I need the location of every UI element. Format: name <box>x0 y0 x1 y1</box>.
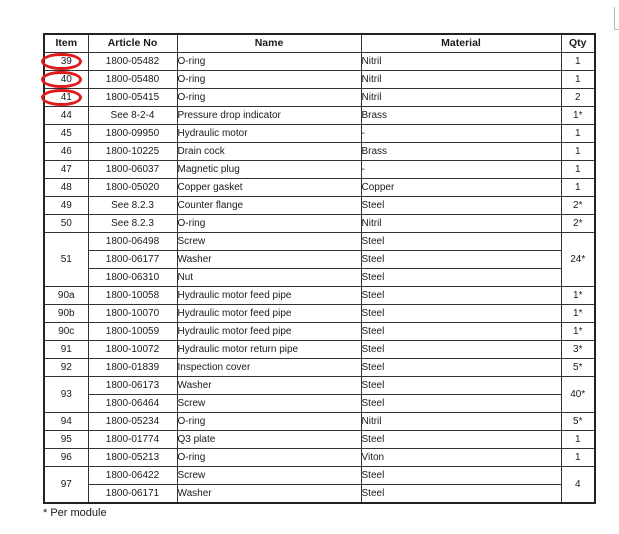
parts-table-body: 391800-05482O-ringNitril1401800-05480O-r… <box>44 53 595 504</box>
part-name: Copper gasket <box>177 179 361 197</box>
table-row: 511800-06498ScrewSteel24* <box>44 233 595 251</box>
quantity: 1* <box>561 287 595 305</box>
item-number: 91 <box>44 341 88 359</box>
item-number: 40 <box>44 71 88 89</box>
quantity: 1* <box>561 323 595 341</box>
item-number: 44 <box>44 107 88 125</box>
material: Nitril <box>361 215 561 233</box>
item-number-text: 48 <box>61 182 72 193</box>
table-row: 951800-01774Q3 plateSteel1 <box>44 431 595 449</box>
material: Steel <box>361 269 561 287</box>
table-row: 1800-06177WasherSteel <box>44 251 595 269</box>
quantity: 1* <box>561 305 595 323</box>
table-row: 961800-05213O-ringViton1 <box>44 449 595 467</box>
part-name: Hydraulic motor feed pipe <box>177 323 361 341</box>
article-no: 1800-06037 <box>88 161 177 179</box>
quantity: 1 <box>561 53 595 71</box>
material: Steel <box>361 377 561 395</box>
quantity: 5* <box>561 359 595 377</box>
item-number: 94 <box>44 413 88 431</box>
item-number: 51 <box>44 233 88 287</box>
table-header-row: Item Article No Name Material Qty <box>44 34 595 53</box>
table-row: 461800-10225Drain cockBrass1 <box>44 143 595 161</box>
part-name: O-ring <box>177 215 361 233</box>
table-row: 90b1800-10070Hydraulic motor feed pipeSt… <box>44 305 595 323</box>
item-number: 90b <box>44 305 88 323</box>
table-row: 90c1800-10059Hydraulic motor feed pipeSt… <box>44 323 595 341</box>
part-name: O-ring <box>177 449 361 467</box>
article-no: 1800-10059 <box>88 323 177 341</box>
part-name: Counter flange <box>177 197 361 215</box>
article-no: 1800-06171 <box>88 485 177 504</box>
article-no: 1800-10225 <box>88 143 177 161</box>
item-number-text: 45 <box>61 128 72 139</box>
material: Steel <box>361 233 561 251</box>
table-row: 921800-01839Inspection coverSteel5* <box>44 359 595 377</box>
part-name: Screw <box>177 233 361 251</box>
article-no: 1800-01839 <box>88 359 177 377</box>
item-number: 50 <box>44 215 88 233</box>
material: - <box>361 161 561 179</box>
part-name: Washer <box>177 485 361 504</box>
part-name: Q3 plate <box>177 431 361 449</box>
article-no: See 8.2.3 <box>88 197 177 215</box>
item-number: 47 <box>44 161 88 179</box>
page-corner-mark <box>614 7 619 30</box>
item-number: 45 <box>44 125 88 143</box>
material: Nitril <box>361 413 561 431</box>
article-no: 1800-05213 <box>88 449 177 467</box>
quantity: 1* <box>561 107 595 125</box>
table-row: 941800-05234O-ringNitril5* <box>44 413 595 431</box>
material: Nitril <box>361 53 561 71</box>
article-no: See 8-2-4 <box>88 107 177 125</box>
part-name: Nut <box>177 269 361 287</box>
item-number-text: 96 <box>61 452 72 463</box>
quantity: 1 <box>561 125 595 143</box>
quantity: 1 <box>561 161 595 179</box>
item-number-text: 90b <box>58 308 75 319</box>
quantity: 2 <box>561 89 595 107</box>
item-number-text: 46 <box>61 146 72 157</box>
header-name: Name <box>177 34 361 53</box>
material: Steel <box>361 287 561 305</box>
part-name: Screw <box>177 467 361 485</box>
article-no: 1800-05020 <box>88 179 177 197</box>
material: Steel <box>361 359 561 377</box>
table-row: 451800-09950Hydraulic motor-1 <box>44 125 595 143</box>
material: Steel <box>361 197 561 215</box>
article-no: 1800-06177 <box>88 251 177 269</box>
quantity: 2* <box>561 215 595 233</box>
part-name: Magnetic plug <box>177 161 361 179</box>
part-name: O-ring <box>177 71 361 89</box>
part-name: Hydraulic motor feed pipe <box>177 305 361 323</box>
item-number-text: 92 <box>61 362 72 373</box>
table-row: 911800-10072Hydraulic motor return pipeS… <box>44 341 595 359</box>
item-number: 95 <box>44 431 88 449</box>
part-name: O-ring <box>177 89 361 107</box>
item-number: 90c <box>44 323 88 341</box>
table-row: 481800-05020Copper gasketCopper1 <box>44 179 595 197</box>
article-no: 1800-05480 <box>88 71 177 89</box>
item-number: 92 <box>44 359 88 377</box>
table-row: 471800-06037Magnetic plug-1 <box>44 161 595 179</box>
article-no: 1800-06173 <box>88 377 177 395</box>
article-no: 1800-10072 <box>88 341 177 359</box>
part-name: Hydraulic motor feed pipe <box>177 287 361 305</box>
part-name: O-ring <box>177 413 361 431</box>
quantity: 5* <box>561 413 595 431</box>
item-number: 93 <box>44 377 88 413</box>
item-number: 96 <box>44 449 88 467</box>
header-material: Material <box>361 34 561 53</box>
table-row: 971800-06422ScrewSteel4 <box>44 467 595 485</box>
material: - <box>361 125 561 143</box>
material: Steel <box>361 305 561 323</box>
article-no: 1800-05415 <box>88 89 177 107</box>
item-number-text: 93 <box>61 389 72 400</box>
table-row: 1800-06310NutSteel <box>44 269 595 287</box>
item-number-text: 94 <box>61 416 72 427</box>
table-row: 1800-06464ScrewSteel <box>44 395 595 413</box>
article-no: 1800-06422 <box>88 467 177 485</box>
circled-item-number: 39 <box>61 56 72 67</box>
item-number-text: 44 <box>61 110 72 121</box>
quantity: 1 <box>561 179 595 197</box>
item-number: 41 <box>44 89 88 107</box>
article-no: 1800-10070 <box>88 305 177 323</box>
part-name: Washer <box>177 251 361 269</box>
table-row: 90a1800-10058Hydraulic motor feed pipeSt… <box>44 287 595 305</box>
header-article-no: Article No <box>88 34 177 53</box>
material: Nitril <box>361 71 561 89</box>
material: Steel <box>361 467 561 485</box>
article-no: 1800-06310 <box>88 269 177 287</box>
table-row: 49See 8.2.3Counter flangeSteel2* <box>44 197 595 215</box>
table-row: 391800-05482O-ringNitril1 <box>44 53 595 71</box>
part-name: Pressure drop indicator <box>177 107 361 125</box>
table-row: 50See 8.2.3O-ringNitril2* <box>44 215 595 233</box>
quantity: 40* <box>561 377 595 413</box>
item-number-text: 47 <box>61 164 72 175</box>
article-no: 1800-05234 <box>88 413 177 431</box>
parts-table: Item Article No Name Material Qty 391800… <box>43 33 596 504</box>
quantity: 2* <box>561 197 595 215</box>
table-row: 931800-06173WasherSteel40* <box>44 377 595 395</box>
material: Steel <box>361 431 561 449</box>
quantity: 3* <box>561 341 595 359</box>
article-no: 1800-06464 <box>88 395 177 413</box>
part-name: Screw <box>177 395 361 413</box>
header-item: Item <box>44 34 88 53</box>
material: Viton <box>361 449 561 467</box>
item-number-text: 95 <box>61 434 72 445</box>
quantity: 4 <box>561 467 595 504</box>
part-name: Inspection cover <box>177 359 361 377</box>
quantity: 1 <box>561 71 595 89</box>
article-no: 1800-10058 <box>88 287 177 305</box>
part-name: Washer <box>177 377 361 395</box>
part-name: O-ring <box>177 53 361 71</box>
part-name: Hydraulic motor <box>177 125 361 143</box>
item-number-text: 50 <box>61 218 72 229</box>
header-qty: Qty <box>561 34 595 53</box>
article-no: 1800-06498 <box>88 233 177 251</box>
article-no: 1800-05482 <box>88 53 177 71</box>
table-row: 411800-05415O-ringNitril2 <box>44 89 595 107</box>
item-number: 39 <box>44 53 88 71</box>
item-number-text: 49 <box>61 200 72 211</box>
quantity: 1 <box>561 431 595 449</box>
circled-item-number: 41 <box>61 92 72 103</box>
material: Nitril <box>361 89 561 107</box>
material: Brass <box>361 107 561 125</box>
article-no: 1800-01774 <box>88 431 177 449</box>
table-row: 1800-06171WasherSteel <box>44 485 595 504</box>
footnote: * Per module <box>43 507 107 519</box>
table-row: 401800-05480O-ringNitril1 <box>44 71 595 89</box>
item-number-text: 90c <box>58 326 74 337</box>
article-no: 1800-09950 <box>88 125 177 143</box>
table-row: 44See 8-2-4Pressure drop indicatorBrass1… <box>44 107 595 125</box>
material: Copper <box>361 179 561 197</box>
item-number: 46 <box>44 143 88 161</box>
item-number-text: 97 <box>61 479 72 490</box>
item-number: 97 <box>44 467 88 504</box>
item-number: 48 <box>44 179 88 197</box>
circled-item-number: 40 <box>61 74 72 85</box>
material: Steel <box>361 395 561 413</box>
article-no: See 8.2.3 <box>88 215 177 233</box>
part-name: Drain cock <box>177 143 361 161</box>
item-number: 49 <box>44 197 88 215</box>
material: Steel <box>361 485 561 504</box>
material: Steel <box>361 251 561 269</box>
item-number-text: 90a <box>58 290 75 301</box>
item-number: 90a <box>44 287 88 305</box>
part-name: Hydraulic motor return pipe <box>177 341 361 359</box>
item-number-text: 51 <box>61 254 72 265</box>
quantity: 1 <box>561 449 595 467</box>
material: Steel <box>361 323 561 341</box>
quantity: 1 <box>561 143 595 161</box>
item-number-text: 91 <box>61 344 72 355</box>
material: Steel <box>361 341 561 359</box>
quantity: 24* <box>561 233 595 287</box>
material: Brass <box>361 143 561 161</box>
